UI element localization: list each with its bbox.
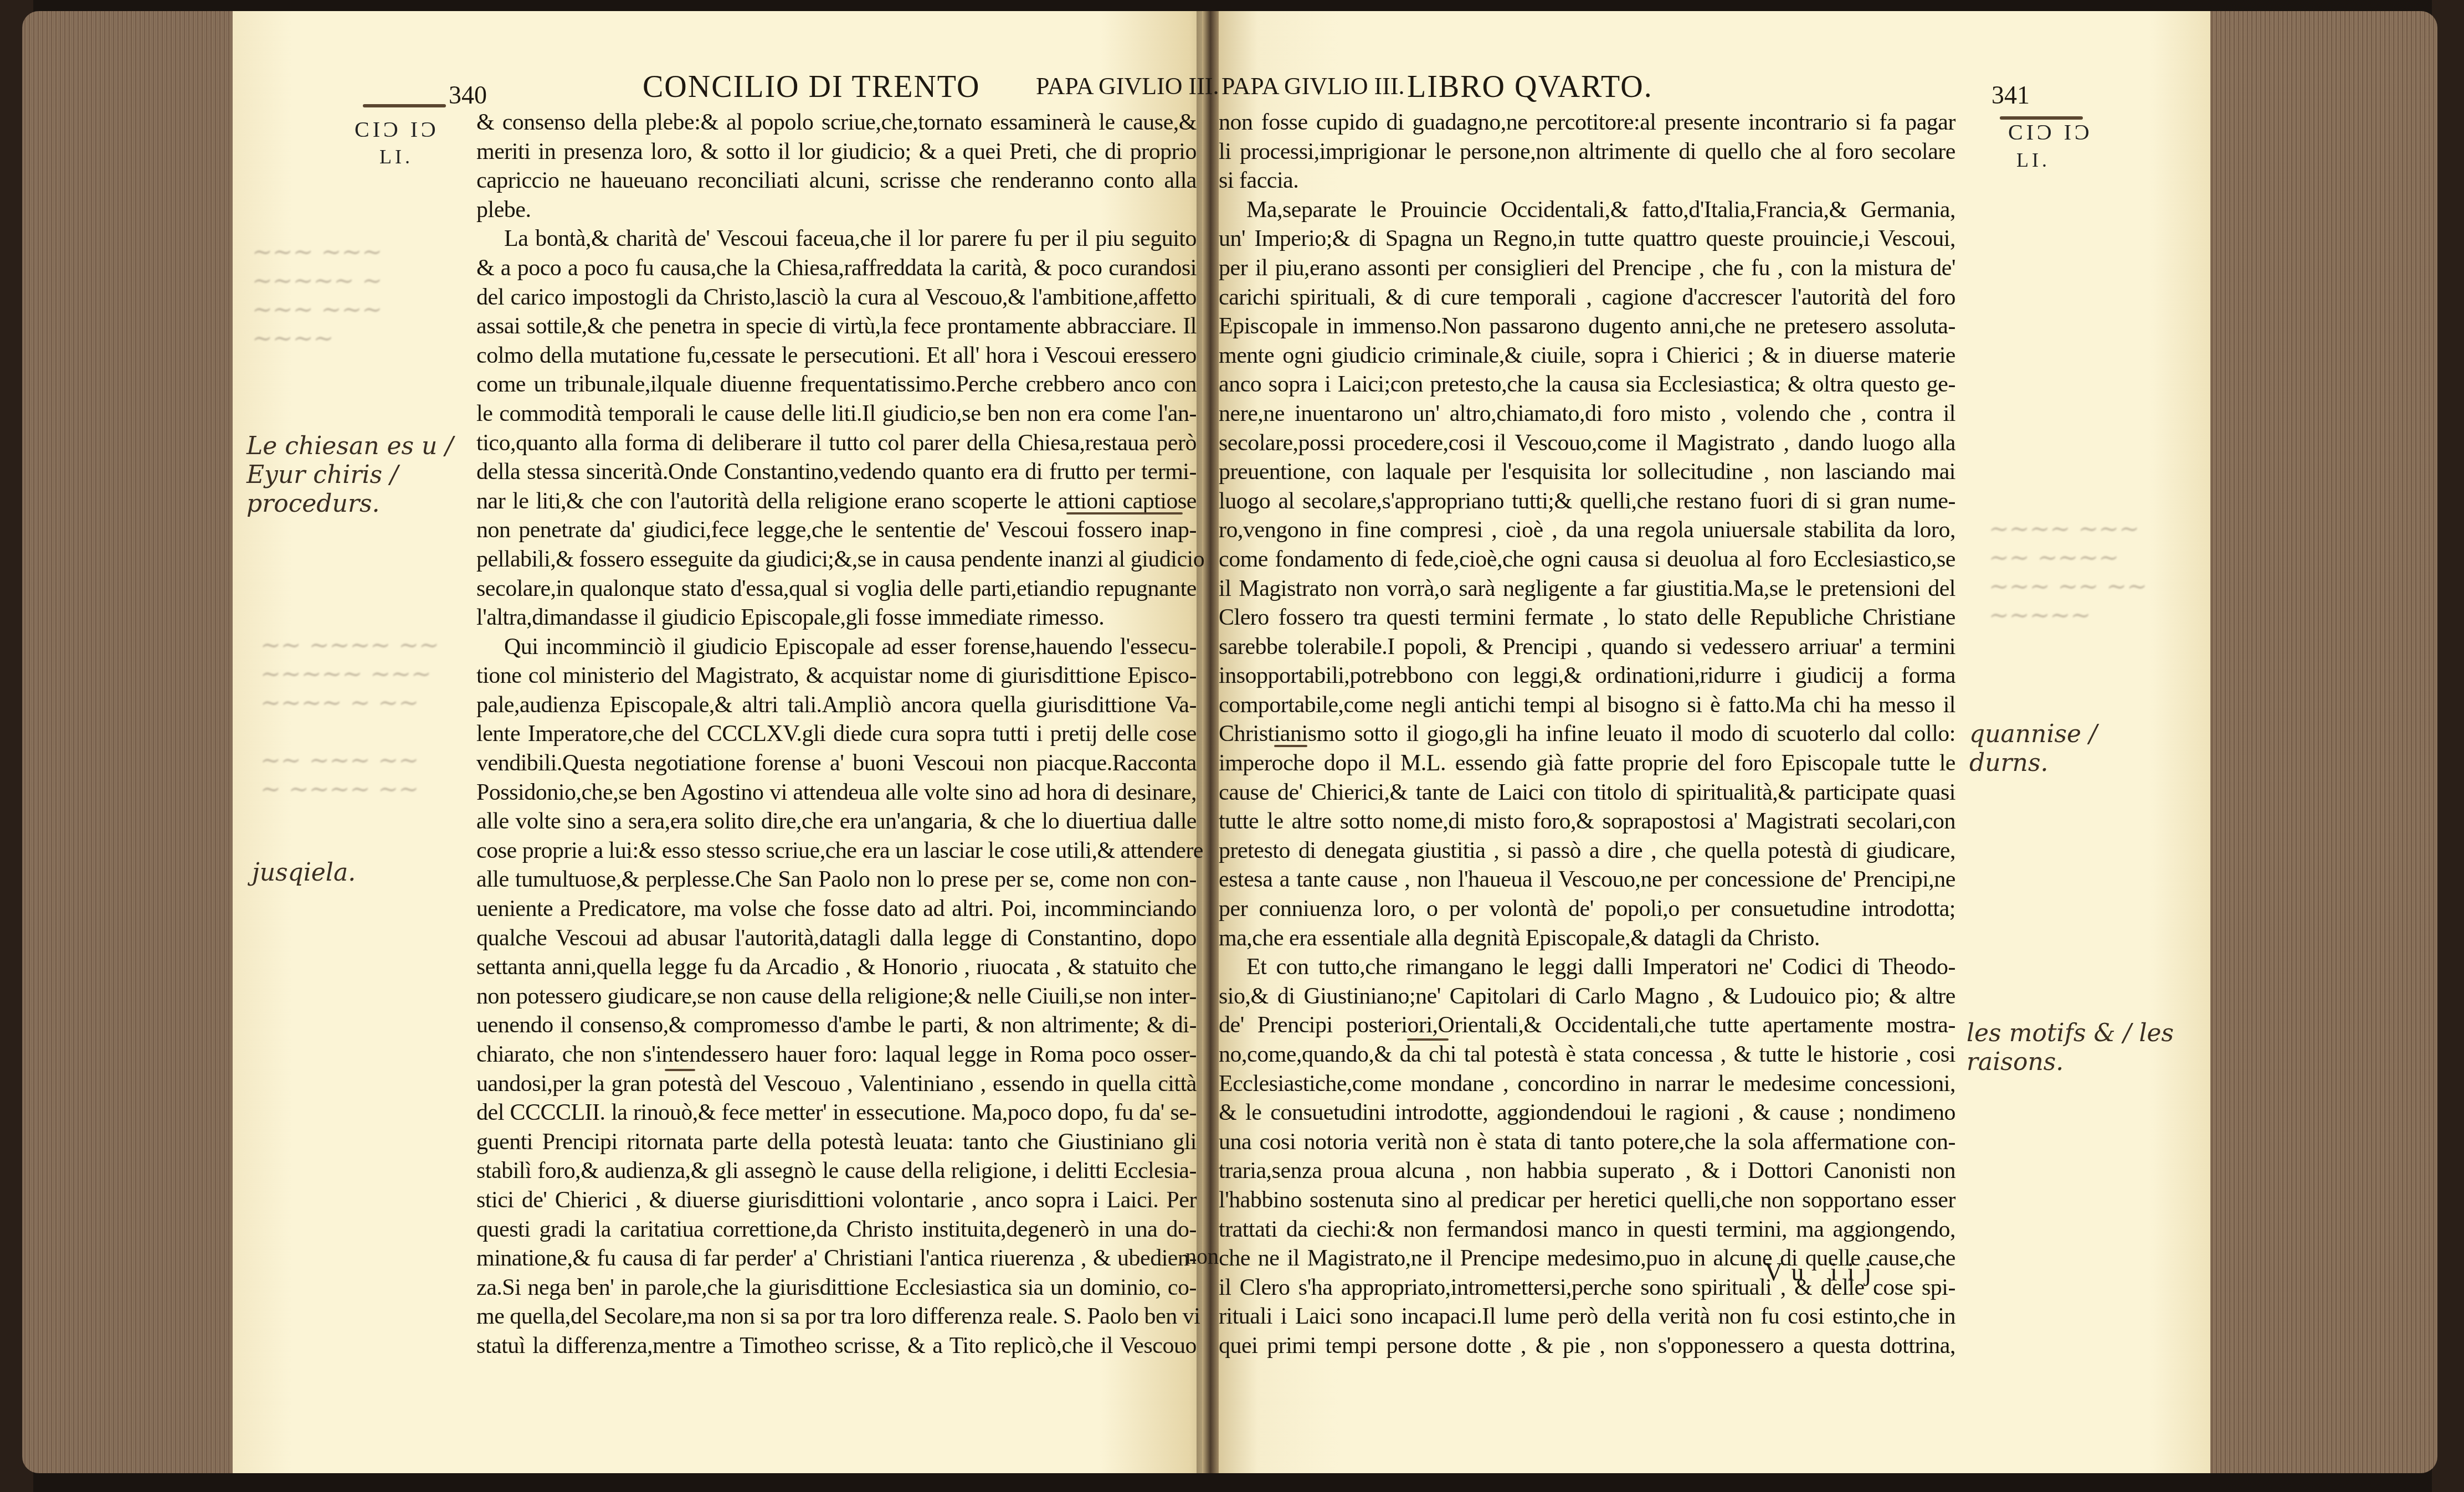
text-line: stabilì foro,& audienza,& gli assegnò le…: [476, 1156, 1197, 1186]
text-line: Episcopale in immenso.Non passarono duge…: [1219, 312, 1955, 341]
text-line: lente Imperatore,che del CCCLXV.gli died…: [476, 719, 1197, 749]
text-line: li processi,imprigionar le persone,non a…: [1219, 137, 1955, 167]
text-line: plebe.: [476, 195, 1197, 225]
text-line: trattati da ciechi:& non fermandosi manc…: [1219, 1215, 1955, 1244]
text-line: anco sopra i Laici;con pretesto,che la c…: [1219, 370, 1955, 399]
right-body-text: non fosse cupido di guadagno,ne percotit…: [1219, 108, 1955, 1361]
handwritten-note-right-1: quannise / durns.: [1969, 720, 2180, 778]
text-line: come fondamento di fede,cioè,che ogni ca…: [1219, 545, 1955, 574]
text-line: de' Prencipi posteriori,Orientali,& Occi…: [1219, 1011, 1955, 1040]
text-line: Qui incomminciò il giudicio Episcopale a…: [476, 632, 1197, 662]
text-line: estesa a tante cause , non l'haueua il V…: [1219, 865, 1955, 894]
text-line: luogo al secolare,s'appropriano tutti;& …: [1219, 487, 1955, 516]
text-line: chiarato, che non s'intendessero hauer f…: [476, 1040, 1197, 1069]
text-line: pale,audienza Episcopale,& altri tali.Am…: [476, 691, 1197, 720]
text-line: Possidonio,che,se ben Agostino vi attend…: [476, 778, 1197, 807]
left-catchword: non: [1185, 1243, 1219, 1269]
text-line: sarebbe tolerabile.I popoli, & Prencipi …: [1219, 632, 1955, 662]
text-line: mente ogni giudicio criminale,& ciuile, …: [1219, 341, 1955, 371]
text-line: qualche Vescoui ad abusar l'autorità,dat…: [476, 924, 1197, 953]
right-running-pope: PAPA GIVLIO III.: [1221, 72, 1404, 100]
text-line: statuì la differenza,mentre a Timotheo s…: [476, 1331, 1197, 1361]
text-line: ma,che era essentiale alla degnità Episc…: [1219, 924, 1955, 953]
text-line: nere,ne inuentarono un' altro,chiamato,d…: [1219, 399, 1955, 429]
page-edges-right: [2205, 11, 2437, 1473]
text-line: tutte le altre sotto nome,di misto foro,…: [1219, 807, 1955, 836]
right-sidenote-numeral: LI.: [2016, 148, 2050, 172]
text-line: guenti Prencipi ritornata parte della po…: [476, 1128, 1197, 1157]
right-folio: 341: [1991, 80, 2030, 110]
text-line: Et con tutto,che rimangano le leggi dall…: [1219, 953, 1955, 982]
text-line: uandosi,per la gran potestà del Vescouo …: [476, 1069, 1197, 1099]
text-line: ueniente a Predicatore, ma volse che fos…: [476, 894, 1197, 924]
text-line: un' Imperio;& di Spagna un Regno,in tutt…: [1219, 224, 1955, 254]
text-line: & consenso della plebe:& al popolo scriu…: [476, 108, 1197, 137]
handwritten-note-left-2: jusqiela.: [252, 858, 463, 887]
text-line: secolare,possi procedere,cosi il Vescouo…: [1219, 429, 1955, 458]
text-line: secolare,in qualonque stato d'essa,qual …: [476, 574, 1197, 604]
text-line: & le consuetudini introdotte, aggiondend…: [1219, 1098, 1955, 1128]
page-edges-left: [22, 11, 260, 1473]
text-line: colmo della mutatione fu,cessate le pers…: [476, 341, 1197, 371]
text-line: quei primi tempi persone dotte , & pie ,…: [1219, 1331, 1955, 1361]
handwritten-note-right-2: les motifs & / les raisons.: [1967, 1019, 2188, 1077]
text-line: Ma,separate le Prouincie Occidentali,& f…: [1219, 195, 1955, 225]
left-sidenote-year: CIϽ IϽ: [355, 116, 439, 142]
text-line: una cosi notoria verità non è stata di t…: [1219, 1128, 1955, 1157]
ink-underline: [1066, 512, 1183, 515]
text-line: minatione,& fu causa di far perder' a' C…: [476, 1244, 1197, 1273]
text-line: rituali i Laici sono incapaci.Il lume pe…: [1219, 1302, 1955, 1331]
text-line: traria,senza proua alcuna , non habbia s…: [1219, 1156, 1955, 1186]
text-line: preuentione, con laquale per l'esquisita…: [1219, 457, 1955, 487]
text-line: tione col ministerio del Magistrato, & a…: [476, 661, 1197, 691]
right-sidenote-year: CIϽ IϽ: [2008, 119, 2093, 145]
ink-underline: [1274, 745, 1307, 747]
text-line: del CCCCLII. la rinouò,& fece metter' in…: [476, 1098, 1197, 1128]
ink-underline: [1407, 1038, 1449, 1041]
text-line: insopportabili,potrebbono con leggi,& or…: [1219, 661, 1955, 691]
text-line: cose proprie a lui:& esso stesso scriue,…: [476, 836, 1197, 866]
text-line: si faccia.: [1219, 166, 1955, 195]
text-line: alle volte sino a sera,era solito dire,c…: [476, 807, 1197, 836]
text-line: alle tumultuose,& perplesse.Che San Paol…: [476, 865, 1197, 894]
text-line: imperoche dopo il M.L. essendo già fatte…: [1219, 749, 1955, 778]
text-line: l'habbino sostenuta sino al predicar per…: [1219, 1186, 1955, 1215]
text-line: non fosse cupido di guadagno,ne percotit…: [1219, 108, 1955, 137]
text-line: La bontà,& charità de' Vescoui faceua,ch…: [476, 224, 1197, 254]
left-folio: 340: [449, 80, 487, 110]
signature-mark: Vu iij: [1764, 1257, 1881, 1287]
text-line: za.Si nega ben' in parole,che la giurisd…: [476, 1273, 1197, 1303]
left-body-text: & consenso della plebe:& al popolo scriu…: [476, 108, 1197, 1361]
text-line: nar le liti,& che con l'autorità della r…: [476, 487, 1197, 516]
text-line: pellabili,& fossero esseguite da giudici…: [476, 545, 1197, 574]
text-line: le commodità temporali le cause delle li…: [476, 399, 1197, 429]
text-line: Christianismo sotto il giogo,gli ha infi…: [1219, 719, 1955, 749]
text-line: questi gradi la caritatiua correttione,d…: [476, 1215, 1197, 1244]
handwritten-note-left-1: Le chiesan es u / Eyur chiris / procedur…: [247, 432, 457, 518]
faded-marginalia: ~~~~ ~~~~~ ~~~~~~~ ~~ ~~~~~~~: [1989, 515, 2188, 630]
text-line: cause de' Chierici,& tante de Laici con …: [1219, 778, 1955, 807]
text-line: pretesto di denegata giustitia , si pass…: [1219, 836, 1955, 866]
text-line: tico,quanto alla forma di deliberare il …: [476, 429, 1197, 458]
ink-underline: [665, 1069, 695, 1071]
text-line: per il piu,erano assonti per consiglieri…: [1219, 254, 1955, 283]
text-line: settanta anni,quella legge fu da Arcadio…: [476, 953, 1197, 982]
text-line: del carico impostogli da Christo,lasciò …: [476, 283, 1197, 312]
text-line: l'altra,dimandasse il giudicio Episcopal…: [476, 603, 1197, 632]
text-line: meriti in presenza loro, & sotto il lor …: [476, 137, 1197, 167]
text-line: Ecclesiastiche,come mondane , concordino…: [1219, 1069, 1955, 1099]
text-line: comportabile,come negli antichi tempi al…: [1219, 691, 1955, 720]
faded-marginalia: ~~ ~~~~ ~~~~~~~ ~~~~~~~ ~ ~~~~ ~~~ ~~~ ~…: [260, 631, 460, 804]
text-line: non penetrate da' giudici,fece legge,che…: [476, 516, 1197, 545]
left-running-pope: PAPA GIVLIO III.: [1036, 72, 1219, 100]
text-line: il Magistrato non vorrà,o sarà negligent…: [1219, 574, 1955, 604]
text-line: della stessa sincerità.Onde Constantino,…: [476, 457, 1197, 487]
text-line: sio,& di Giustiniano;ne' Capitolari di C…: [1219, 982, 1955, 1011]
text-line: & a poco a poco fu causa,che la Chiesa,r…: [476, 254, 1197, 283]
text-line: me quella,del Secolare,ma non si sa por …: [476, 1302, 1197, 1331]
book-spread: 340 CONCILIO DI TRENTO PAPA GIVLIO III. …: [0, 0, 2464, 1492]
right-running-title: LIBRO QVARTO.: [1407, 69, 1653, 105]
text-line: per conniuenza loro, o per volontà de' p…: [1219, 894, 1955, 924]
faded-marginalia: ~~~ ~~~~~~~~ ~~~~ ~~~~~~~: [252, 238, 451, 353]
text-line: uenendo il consenso,& compromesso d'ambe…: [476, 1011, 1197, 1040]
text-line: come un tribunale,ilquale diuenne freque…: [476, 370, 1197, 399]
text-line: stici de' Chierici , & diuerse giurisdit…: [476, 1186, 1197, 1215]
text-line: non potessero giudicare,se non cause del…: [476, 982, 1197, 1011]
text-line: ro,vengono in fine compresi , cioè , da …: [1219, 516, 1955, 545]
text-line: carichi spirituali, & di cure temporali …: [1219, 283, 1955, 312]
left-sidenote-numeral: LI.: [379, 145, 413, 168]
text-line: capriccio ne haueuano reconciliati alcun…: [476, 166, 1197, 195]
left-folio-rule: [363, 104, 446, 107]
text-line: assai sottile,& che penetra in specie di…: [476, 312, 1197, 341]
text-line: Clero fossero tra questi termini fermate…: [1219, 603, 1955, 632]
text-line: no,come,quando,& da chi tal potestà è st…: [1219, 1040, 1955, 1069]
text-line: vendibili.Questa negotiatione forense a'…: [476, 749, 1197, 778]
left-running-title: CONCILIO DI TRENTO: [643, 69, 980, 105]
